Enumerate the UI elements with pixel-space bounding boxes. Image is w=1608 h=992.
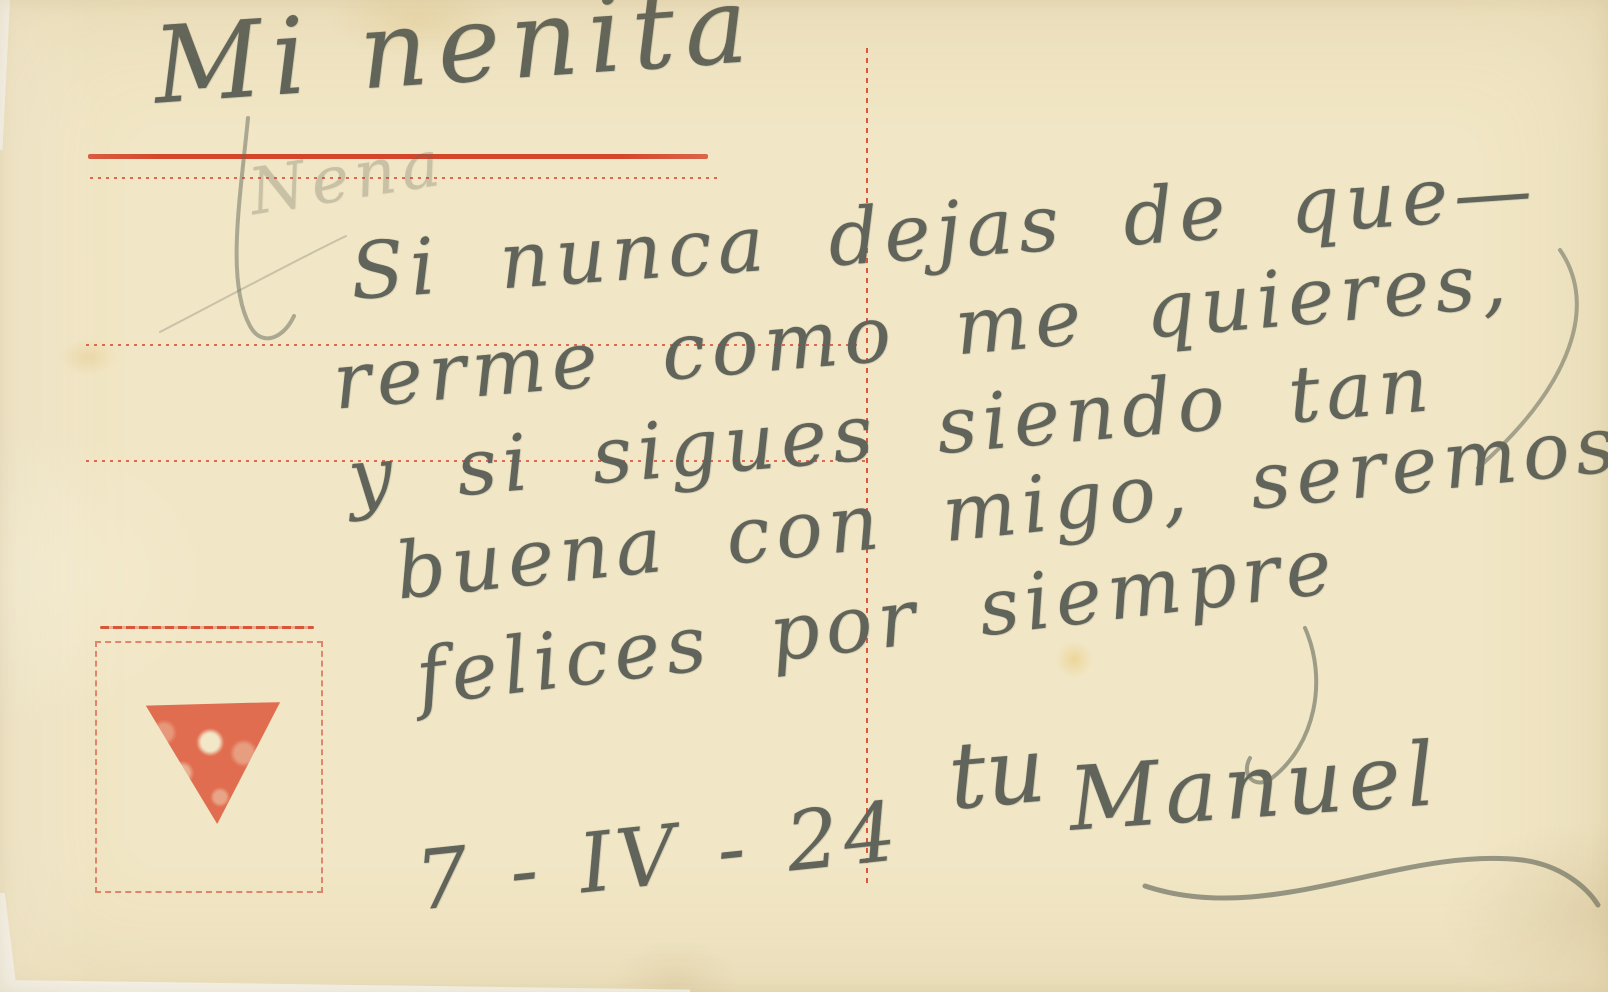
faint-diagonal-stroke (160, 236, 346, 332)
scan-edge-bottom-left (0, 893, 17, 992)
faint-pencil-word: Nena (245, 131, 450, 225)
scan-edge-top-left (0, 0, 10, 150)
date-text: 7 - IV - 24 (412, 791, 905, 923)
postcard-scan: Mi nenita Nena Si nunca dejas de que— re… (0, 0, 1608, 992)
stamp-box-top-line (100, 626, 314, 629)
closing-text: tu (945, 724, 1049, 824)
salutation-text: Mi nenita (150, 0, 761, 120)
signature-text: Manuel (1066, 730, 1443, 844)
signature-flourish-stroke (1145, 858, 1598, 905)
scan-edge-bottom (0, 980, 690, 992)
